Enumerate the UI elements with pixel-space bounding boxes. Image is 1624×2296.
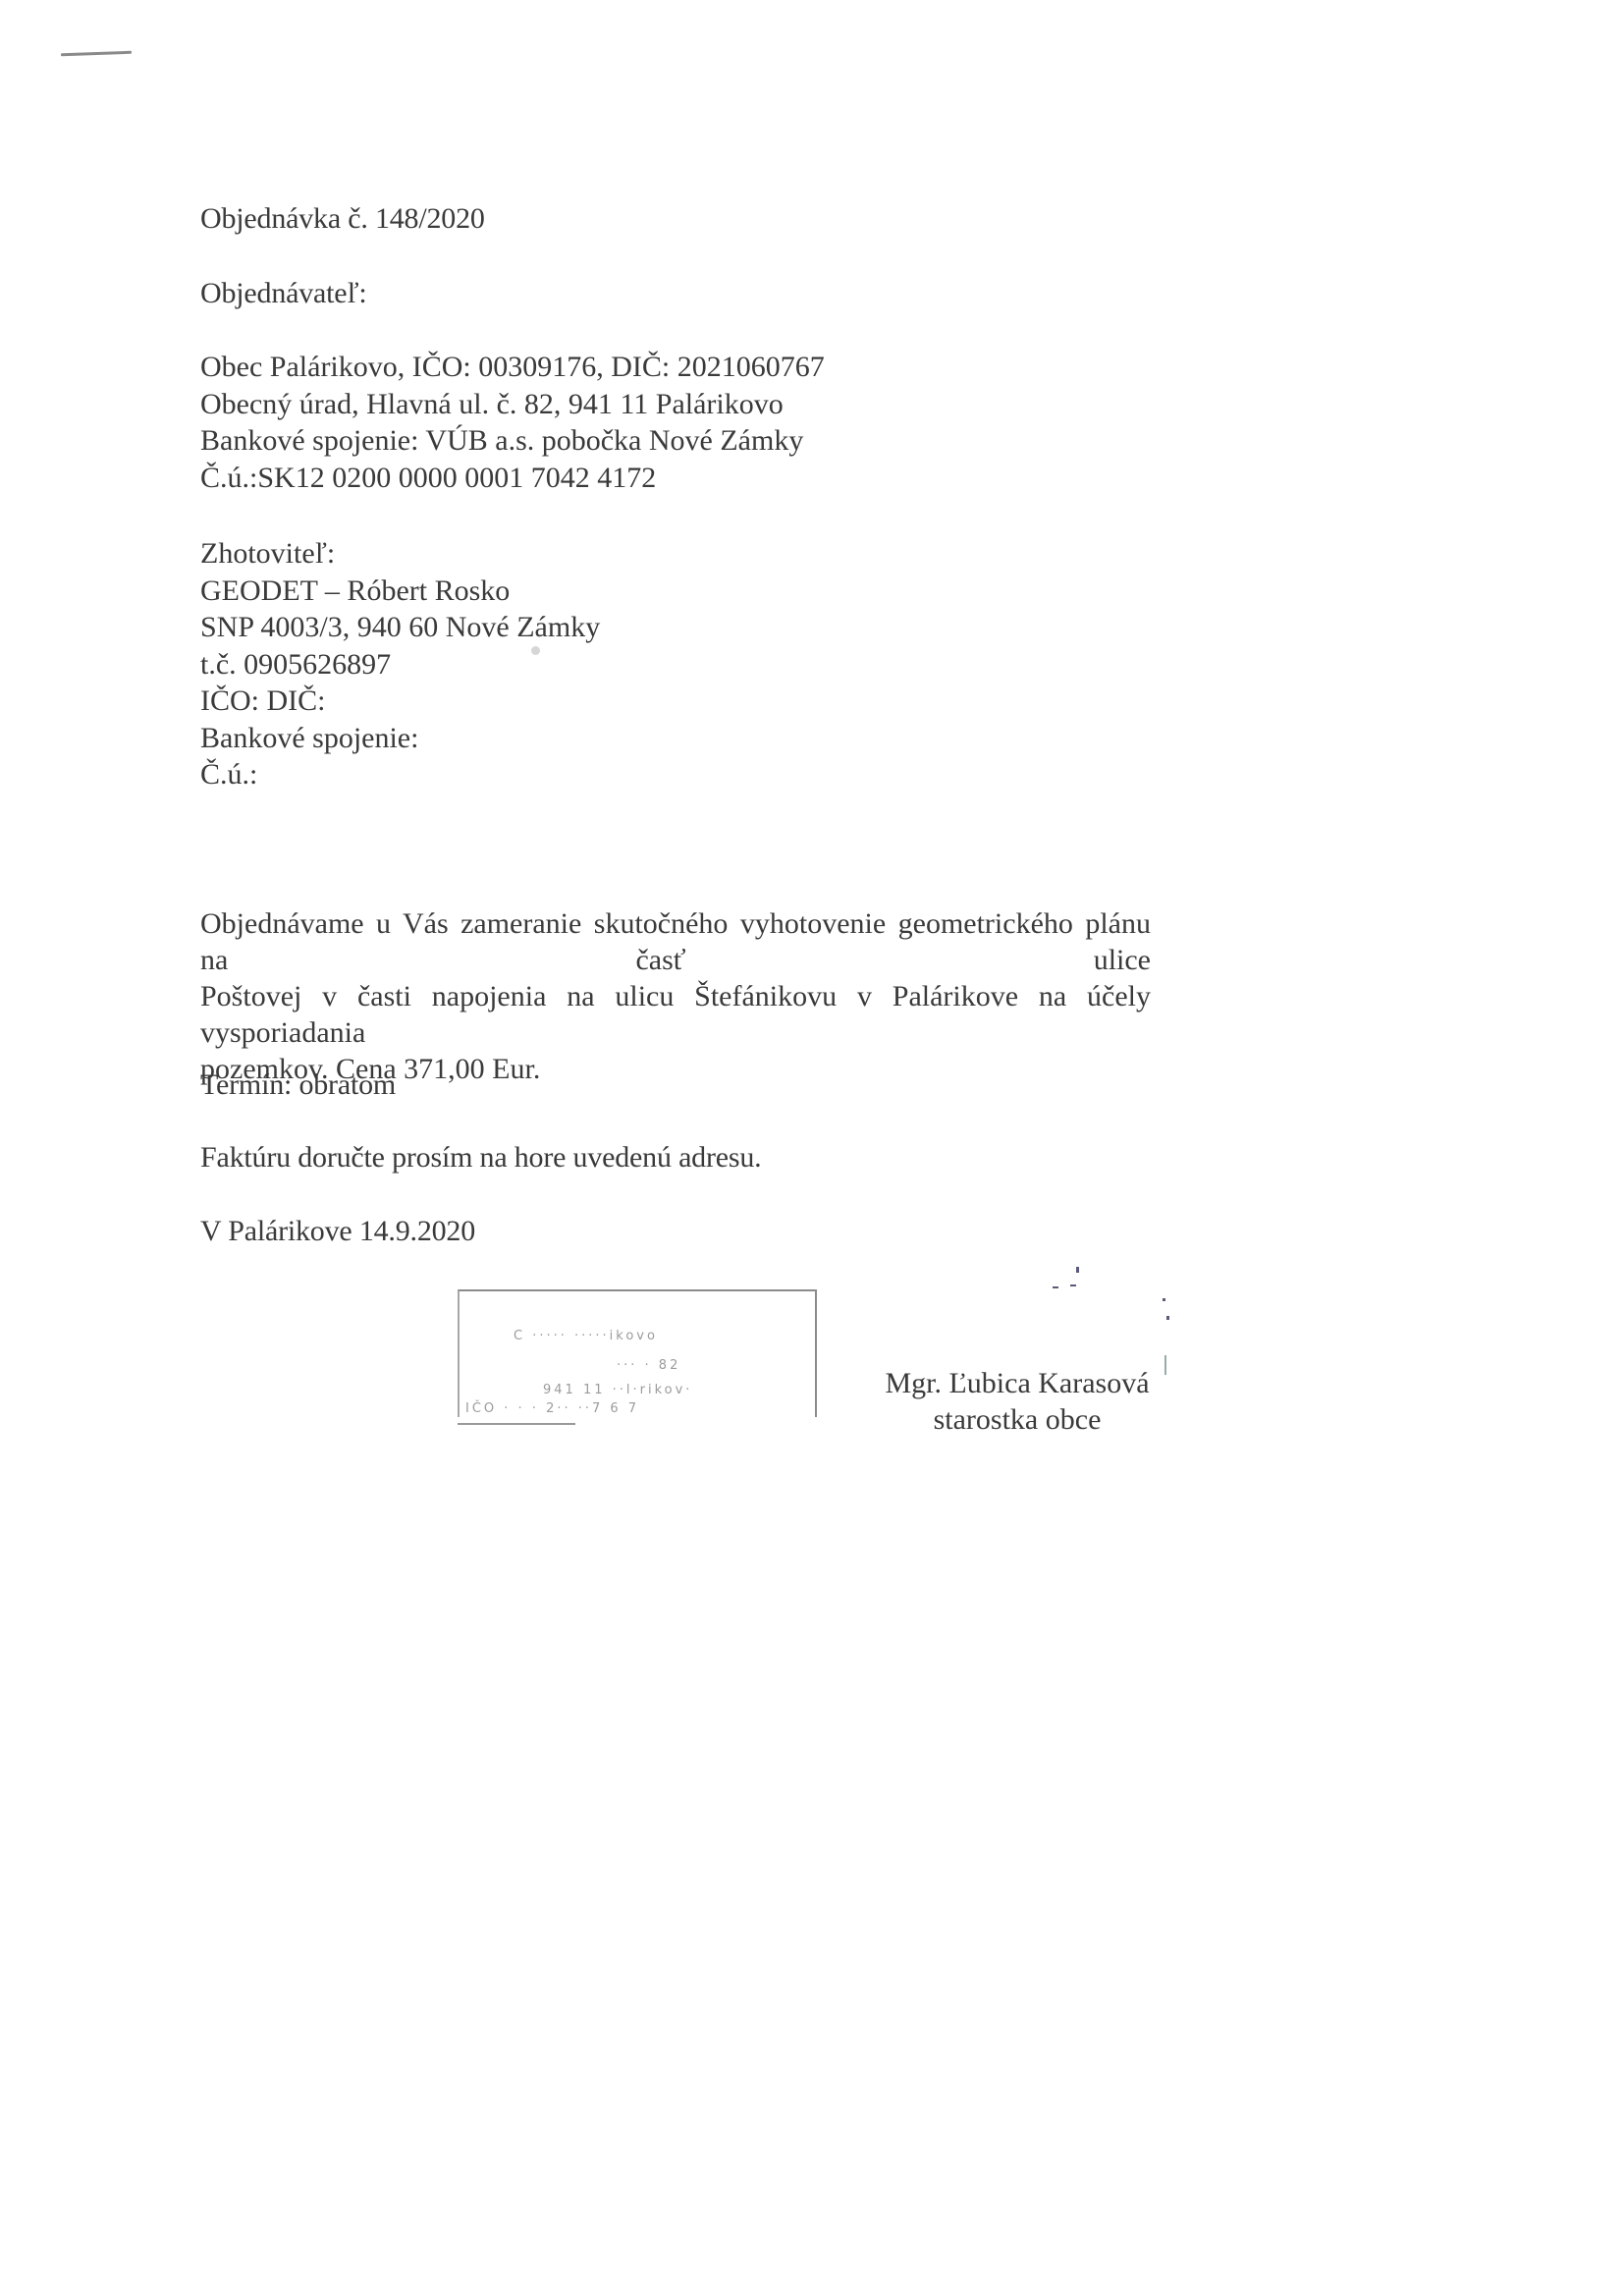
- stamp-border: [458, 1423, 575, 1425]
- contractor-line: Č.ú.:: [200, 756, 600, 793]
- stamp-line: ··· · 82: [617, 1358, 680, 1373]
- contractor-line: GEODET – Róbert Rosko: [200, 573, 600, 610]
- order-title: Objednávka č. 148/2020: [200, 200, 485, 237]
- deadline: Termín: obratom: [200, 1066, 396, 1103]
- official-stamp: C ····· ·····ikovo ··· · 82 941 11 ··l·r…: [458, 1289, 817, 1417]
- place-date: V Palárikove 14.9.2020: [200, 1213, 475, 1249]
- signatory-name: Mgr. Ľubica Karasová: [868, 1365, 1166, 1401]
- stamp-line: 941 11 ··l·rikov·: [543, 1383, 692, 1397]
- stamp-line: C ····· ·····ikovo: [514, 1329, 658, 1343]
- contractor-line: t.č. 0905626897: [200, 646, 600, 683]
- scan-speck: [531, 646, 540, 655]
- orderer-line: Bankové spojenie: VÚB a.s. pobočka Nové …: [200, 422, 825, 460]
- order-body-paragraph: Objednávame u Vás zameranie skutočného v…: [200, 905, 1151, 1087]
- orderer-line: Obecný úrad, Hlavná ul. č. 82, 941 11 Pa…: [200, 386, 825, 423]
- orderer-details: Obec Palárikovo, IČO: 00309176, DIČ: 202…: [200, 349, 825, 496]
- contractor-line: SNP 4003/3, 940 60 Nové Zámky: [200, 609, 600, 646]
- stamp-line: IČO · · · 2·· ··7 6 7: [465, 1401, 639, 1416]
- body-line: Poštovej v časti napojenia na ulicu Štef…: [200, 978, 1151, 1051]
- contractor-line: IČO: DIČ:: [200, 683, 600, 720]
- signature-block: Mgr. Ľubica Karasová starostka obce: [868, 1365, 1166, 1438]
- orderer-label: Objednávateľ:: [200, 275, 367, 311]
- signatory-title: starostka obce: [868, 1401, 1166, 1438]
- scan-artifact-line: [61, 51, 132, 57]
- invoice-note: Faktúru doručte prosím na hore uvedenú a…: [200, 1139, 761, 1175]
- orderer-line: Č.ú.:SK12 0200 0000 0001 7042 4172: [200, 460, 825, 497]
- contractor-label: Zhotoviteľ:: [200, 535, 600, 573]
- contractor-details: Zhotoviteľ: GEODET – Róbert Rosko SNP 40…: [200, 535, 600, 793]
- body-line: Objednávame u Vás zameranie skutočného v…: [200, 905, 1151, 978]
- orderer-line: Obec Palárikovo, IČO: 00309176, DIČ: 202…: [200, 349, 825, 386]
- contractor-line: Bankové spojenie:: [200, 720, 600, 757]
